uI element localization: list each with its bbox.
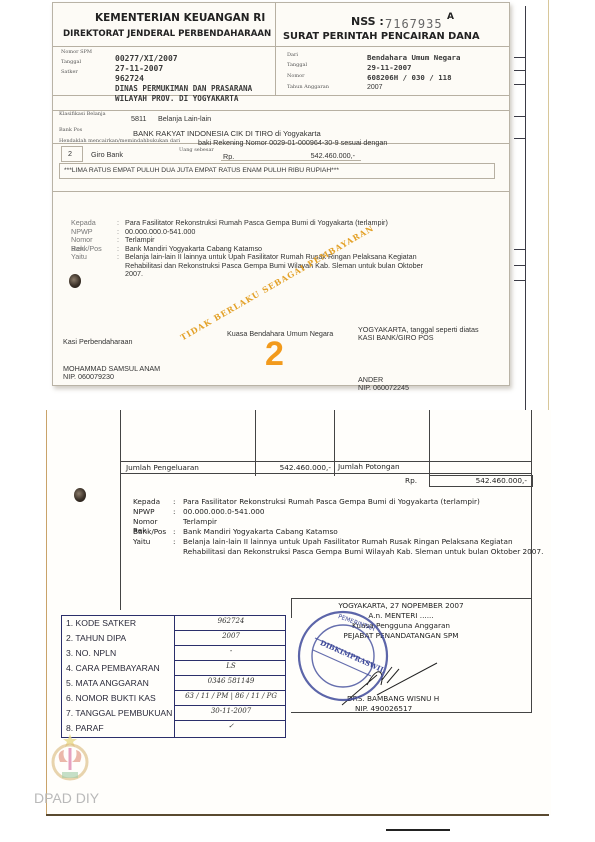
instruction-value: baki Rekening Nomor 0029-01-000964-30-9 … (198, 138, 387, 147)
amount-words: ***LIMA RATUS EMPAT PULUH DUA JUTA EMPAT… (64, 167, 339, 174)
kode-row: 8. PARAF✓ (62, 721, 285, 736)
total-amount: 542.460.000,- (432, 476, 527, 485)
instruction-label: Hendaklah mencairkan/memindahbukukan dar… (59, 138, 180, 144)
klasifikasi-code: 5811 (131, 114, 146, 123)
binding-tick (514, 138, 525, 139)
table-border (120, 473, 531, 474)
nomor-spm-value: 00277/XI/2007 (115, 54, 178, 63)
kasi-bank-nip: NIP. 060072245 (358, 383, 409, 392)
payment-method: Giro Bank (91, 150, 123, 159)
signature-divider (291, 598, 292, 618)
kode-row: 5. MATA ANGGARAN0346 581149 (62, 676, 285, 691)
kode-box: 1. KODE SATKER962724 2. TAHUN DIPA2007 3… (61, 615, 286, 738)
jumlah-pengeluaran-label: Jumlah Pengeluaran (126, 463, 199, 472)
kode-row: 4. CARA PEMBAYARANLS (62, 661, 285, 676)
kasi-perbendaharaan-title: Kasi Perbendaharaan (63, 337, 133, 346)
bank-value: BANK RAKYAT INDONESIA CIK DI TIRO di Yog… (133, 129, 321, 138)
tanggal-value: 29-11-2007 (367, 63, 412, 72)
klasifikasi-label: Klasifikasi Belanja (59, 111, 106, 117)
official-seal-icon: DIBKIMPRASWIL PEMERINTAH (295, 608, 391, 704)
rp-label: Rp. (405, 476, 417, 485)
tahun-anggaran-value: 2007 (367, 84, 383, 91)
satker-value: 962724 (115, 74, 144, 83)
binding-tick (514, 280, 525, 281)
punch-hole (74, 488, 86, 502)
amount-value: 542.460.000,- (263, 151, 355, 160)
binding-tick (514, 57, 525, 58)
copy-number: 2 (265, 335, 284, 374)
page-bottom-edge (46, 814, 549, 816)
dpad-logo-icon (48, 732, 92, 784)
field-label: Nomor (287, 73, 305, 79)
bank-label: Bank Pos (59, 127, 82, 133)
watermark-text: DPAD DIY (34, 790, 99, 806)
binding-tick (514, 249, 525, 250)
scan-mark (386, 829, 450, 831)
signature-divider (531, 598, 532, 713)
table-border (334, 410, 335, 476)
binding-tick (514, 84, 525, 85)
signature-divider (291, 598, 531, 599)
satker-name: WILAYAH PROV. DI YOGYAKARTA (115, 94, 238, 103)
kode-row: 3. NO. NPLN- (62, 646, 285, 661)
kasi-bank-title: KASI BANK/GIRO POS (358, 333, 434, 342)
binding-bracket (525, 6, 526, 416)
satker-name: DINAS PERMUKIMAN DAN PRASARANA (115, 84, 252, 93)
tanggal-spm-value: 27-11-2007 (115, 64, 163, 73)
nss-label: NSS : (351, 15, 384, 28)
punch-hole (69, 274, 81, 288)
kode-row: 1. KODE SATKER962724 (62, 616, 285, 631)
not-valid-stamp: TIDAK BERLAKU SEBAGAI PEMBAYARAN (179, 223, 376, 343)
klasifikasi-desc: Belanja Lain-lain (158, 114, 211, 123)
kode-row: 2. TAHUN DIPA2007 (62, 631, 285, 646)
signer-nip: NIP. 490026517 (347, 704, 439, 714)
field-label: Tahun Anggaran (287, 84, 329, 90)
field-label: Tanggal (61, 59, 81, 65)
sp2d-slip: KEMENTERIAN KEUANGAN RI DIREKTORAT JENDE… (52, 2, 510, 386)
binding-tick (514, 70, 525, 71)
field-label: Tanggal (287, 62, 307, 68)
table-border (531, 410, 532, 610)
svg-text:DIBKIMPRASWIL: DIBKIMPRASWIL (319, 638, 387, 675)
payment-code-box (61, 146, 83, 162)
nomor-value: 608206H / 030 / 118 (367, 73, 452, 82)
ministry-title: KEMENTERIAN KEUANGAN RI (95, 12, 265, 24)
table-border (120, 410, 121, 610)
field-label: Dari (287, 52, 298, 58)
table-border (255, 410, 256, 476)
jumlah-potongan-label: Jumlah Potongan (338, 462, 400, 471)
dari-value: Bendahara Umum Negara (367, 53, 460, 62)
svg-text:PEMERINTAH: PEMERINTAH (337, 613, 376, 633)
amount-label: Uang sebesar (179, 147, 214, 153)
payment-code: 2 (68, 149, 72, 158)
spm-page: Jumlah Pengeluaran 542.460.000,- Jumlah … (46, 410, 551, 815)
jumlah-pengeluaran-value: 542.460.000,- (275, 463, 331, 472)
page-edge-line (548, 0, 549, 420)
kasi-perbendaharaan-nip: NIP. 060079230 (63, 372, 114, 381)
slip-title: SURAT PERINTAH PENCAIRAN DANA (283, 31, 480, 42)
field-label: Nomor SPM (61, 49, 92, 55)
kode-row: 6. NOMOR BUKTI KAS63 / 11 / PM | 86 / 11… (62, 691, 285, 706)
nss-suffix: A (447, 12, 454, 22)
field-label: Satker (61, 69, 78, 75)
binding-tick (514, 265, 525, 266)
kode-row: 7. TANGGAL PEMBUKUAN30-11-2007 (62, 706, 285, 721)
nss-value: 7167935 (385, 17, 443, 31)
directorate-title: DIREKTORAT JENDERAL PERBENDAHARAAN (63, 29, 271, 39)
table-border (120, 461, 531, 462)
binding-tick (514, 116, 525, 117)
